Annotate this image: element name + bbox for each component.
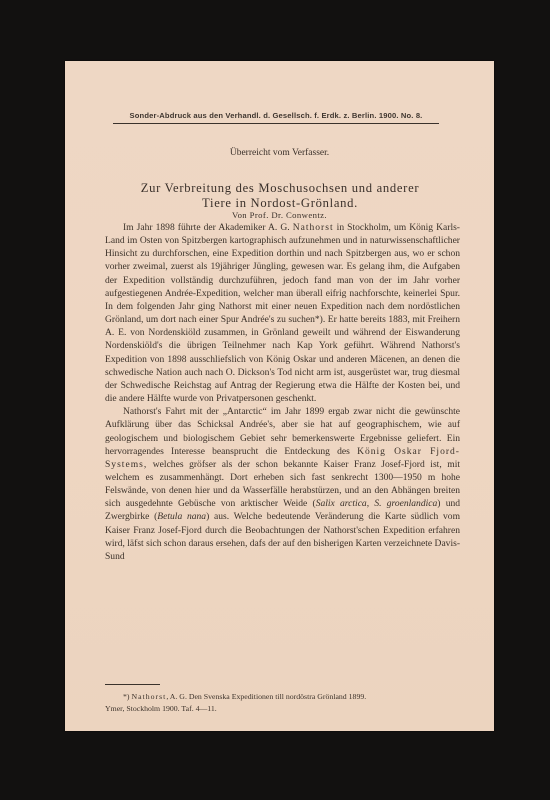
footnote: *) Nathorst, A. G. Den Svenska Expeditio… [105, 691, 460, 714]
footnote-line-1: *) Nathorst, A. G. Den Svenska Expeditio… [105, 691, 460, 703]
species-name: Salix arctica, S. groenlandica [316, 498, 438, 509]
paragraph-1: Im Jahr 1898 führte der Akademiker A. G.… [105, 221, 460, 405]
article-title: Zur Verbreitung des Moschusochsen und an… [95, 181, 465, 210]
footnote-line-2: Ymer, Stockholm 1900. Taf. 4—11. [105, 704, 217, 713]
text-run: Im Jahr 1898 führte der Akademiker A. G. [123, 222, 293, 233]
author-byline: Von Prof. Dr. Conwentz. [65, 210, 494, 220]
article-body: Im Jahr 1898 führte der Akademiker A. G.… [105, 221, 460, 563]
footnote-text: , A. G. Den Svenska Expeditionen till no… [166, 692, 366, 701]
text-run: in Stockholm, um König Karls-Land im Ost… [105, 222, 460, 404]
emphasized-name: Nathorst [293, 222, 334, 233]
species-name: Betula nana [157, 511, 206, 522]
footnote-divider [105, 684, 160, 685]
footnote-author: Nathorst [131, 692, 166, 701]
document-page: Sonder-Abdruck aus den Verhandl. d. Gese… [65, 61, 494, 731]
title-line-2: Tiere in Nordost-Grönland. [95, 196, 465, 211]
title-line-1: Zur Verbreitung des Moschusochsen und an… [95, 181, 465, 196]
paragraph-2: Nathorst's Fahrt mit der „Antarctic“ im … [105, 405, 460, 563]
offprint-header: Sonder-Abdruck aus den Verhandl. d. Gese… [113, 111, 439, 124]
presented-by-note: Überreicht vom Verfasser. [65, 148, 494, 158]
